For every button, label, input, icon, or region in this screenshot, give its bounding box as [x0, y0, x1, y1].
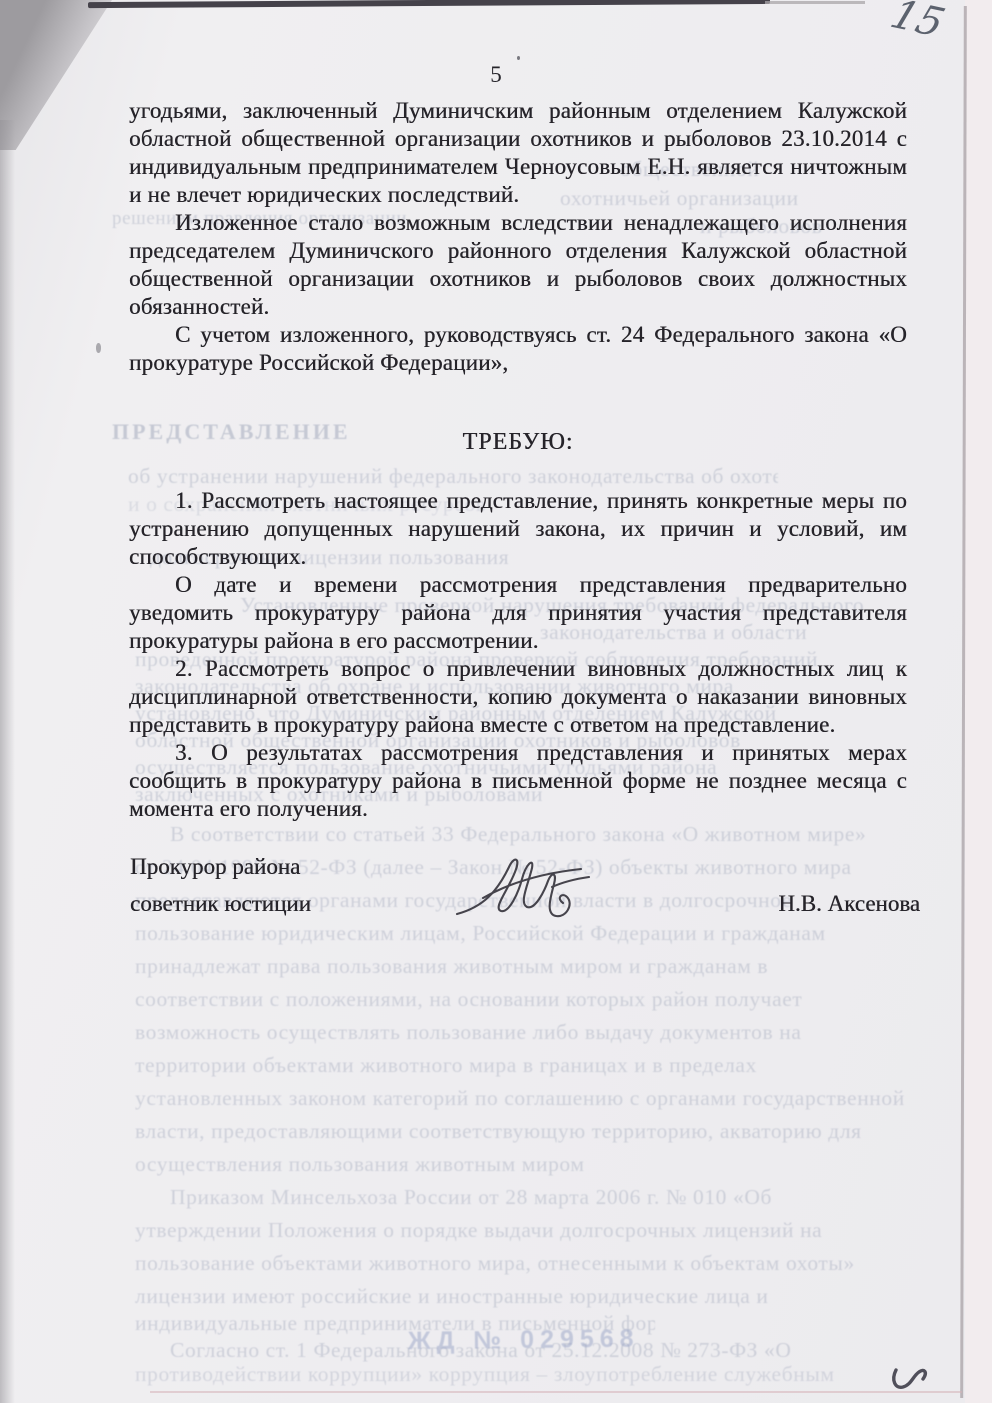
text-line: угодьями, заключенный Думиничским районн… — [129, 97, 907, 125]
text-line: прокуратуре Российской Федерации», — [129, 349, 907, 377]
form-stamp-text: ЖД № 029568 — [408, 1325, 640, 1356]
text-line: индивидуальным предпринимателем Черноусо… — [129, 153, 907, 181]
text-line: дисциплинарной ответственности, копию до… — [129, 683, 907, 711]
text-line: момента его получения. — [129, 795, 907, 823]
paragraph: О дате и времени рассмотрения представле… — [129, 571, 907, 655]
paragraph: 2. Рассмотреть вопрос о привлечении вино… — [129, 655, 907, 739]
text-line: уведомить прокуратуру района для приняти… — [129, 599, 907, 627]
text-line: прокуратуры района в его рассмотрении. — [129, 627, 907, 655]
bleedthrough-line: пользование юридическим лицам, Российско… — [135, 921, 910, 945]
bleedthrough-line: осуществления пользования животным миром — [135, 1152, 615, 1176]
text-line: С учетом изложенного, руководствуясь ст.… — [129, 321, 907, 349]
bleedthrough-line: утверждении Положения о порядке выдачи д… — [135, 1218, 910, 1242]
text-line: областной общественной организации охотн… — [129, 125, 907, 153]
text-line: общественной организации охотников и рыб… — [129, 265, 907, 293]
paragraph: 3. О результатах рассмотрения представле… — [129, 739, 907, 823]
bleedthrough-line: соответствии с положениями, на основании… — [135, 987, 910, 1011]
scanned-document-page: { "colors":{"paper":"#efeef0","ink":"#26… — [0, 0, 992, 1403]
signer-rank: советник юстиции — [130, 890, 311, 917]
paragraph: Изложенное стало возможным вследствии не… — [129, 209, 907, 321]
signer-title: Прокурор района — [130, 853, 311, 880]
text-line: и не влечет юридических последствий. — [129, 181, 907, 209]
signer-name: Н.В. Аксенова — [740, 891, 920, 917]
text-line: представить в прокуратуру района вместе … — [129, 711, 907, 739]
bleedthrough-line: принадлежат права пользования животным м… — [135, 954, 910, 978]
text-line: 1. Рассмотреть настоящее представление, … — [129, 487, 907, 515]
bleedthrough-line: противодействии коррупции» коррупция – з… — [135, 1362, 835, 1386]
paragraph: 1. Рассмотреть настоящее представление, … — [129, 487, 907, 571]
bleedthrough-line: Приказом Минсельхоза России от 28 марта … — [170, 1185, 910, 1209]
text-line: устранению допущенных нарушений закона, … — [129, 515, 907, 543]
text-line: 2. Рассмотреть вопрос о привлечении вино… — [129, 655, 907, 683]
paragraph: С учетом изложенного, руководствуясь ст.… — [129, 321, 907, 377]
text-line: Изложенное стало возможным вследствии не… — [129, 209, 907, 237]
section-heading: ТРЕБУЮ: — [129, 427, 907, 457]
bleedthrough-line: возможность осуществлять пользование либ… — [135, 1020, 910, 1044]
text-line: способствующих. — [129, 543, 907, 571]
handwritten-signature — [455, 852, 595, 924]
bleedthrough-line: территории объектами животного мира в гр… — [135, 1053, 910, 1077]
text-line: сообщить в прокуратуру района в письменн… — [129, 767, 907, 795]
pen-check-mark-icon — [888, 1364, 940, 1396]
text-line: обязанностей. — [129, 293, 907, 321]
text-line: 3. О результатах рассмотрения представле… — [129, 739, 907, 767]
text-line: председателем Думиничского районного отд… — [129, 237, 907, 265]
spacer — [129, 457, 907, 487]
text-line: О дате и времени рассмотрения представле… — [129, 571, 907, 599]
bleedthrough-line: лицензии имеют российские и иностранные … — [135, 1284, 910, 1308]
spacer — [129, 377, 907, 427]
signature-block: Прокурор района советник юстиции — [130, 853, 311, 917]
paragraph: угодьями, заключенный Думиничским районн… — [129, 97, 907, 209]
bleedthrough-line: власти, предоставляющими соответствующую… — [135, 1119, 910, 1143]
page-number: 5 — [0, 62, 992, 88]
bleedthrough-line: пользование объектами животного мира, от… — [135, 1251, 910, 1275]
bleedthrough-line: В соответствии со статьей 33 Федеральног… — [170, 822, 910, 846]
document-body: угодьями, заключенный Думиничским районн… — [129, 97, 907, 823]
bleedthrough-line: установленных законом категорий по согла… — [135, 1086, 910, 1110]
